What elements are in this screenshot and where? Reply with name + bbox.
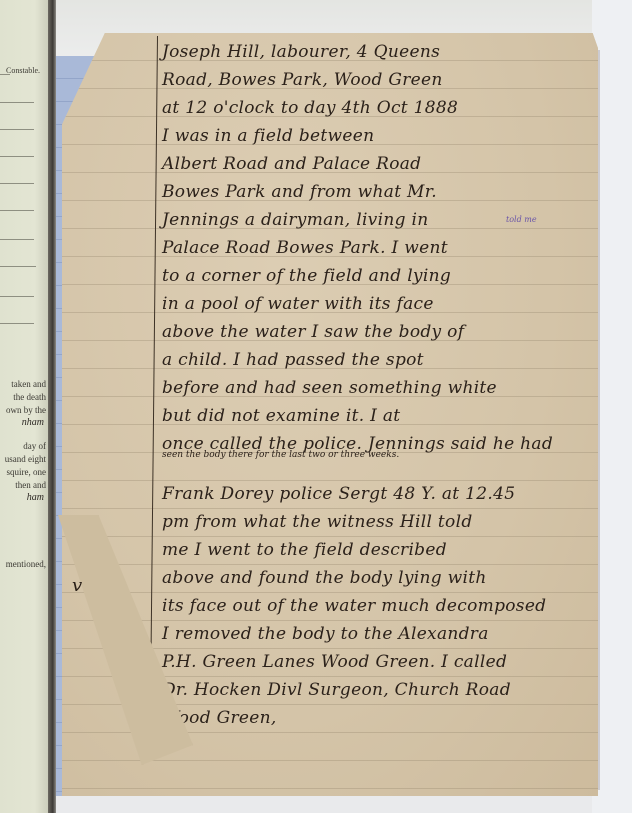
statement-line: I was in a field between xyxy=(162,122,610,150)
printed-text: mentioned, xyxy=(6,558,46,571)
sergeant-line: above and found the body lying with xyxy=(162,564,610,592)
statement-line: above the water I saw the body of xyxy=(162,318,610,346)
sergeant-line: Wood Green, xyxy=(162,704,610,732)
printed-register-page: Constable. taken and the death own by th… xyxy=(0,0,50,813)
statement-line: Albert Road and Palace Road xyxy=(162,150,610,178)
fold-mark: v xyxy=(72,575,82,596)
sergeant-line: Dr. Hocken Divl Surgeon, Church Road xyxy=(162,676,610,704)
rule-line xyxy=(0,323,34,324)
rule-line xyxy=(0,239,34,240)
interlinear-insert: told me xyxy=(506,215,537,224)
handwritten-fill: nham xyxy=(22,417,44,428)
statement-line: a child. I had passed the spot xyxy=(162,346,610,374)
sergeant-line: I removed the body to the Alexandra xyxy=(162,620,610,648)
rule-line xyxy=(0,102,34,103)
statement-line: to a corner of the field and lying xyxy=(162,262,610,290)
sergeant-line: Frank Dorey police Sergt 48 Y. at 12.45 xyxy=(162,480,610,508)
statement-line: Joseph Hill, labourer, 4 Queens xyxy=(162,38,610,66)
statement-line: Bowes Park and from what Mr. xyxy=(162,178,610,206)
sergeant-line: me I went to the field described xyxy=(162,536,610,564)
statement-line: but did not examine it. I at xyxy=(162,402,610,430)
statement-line: Palace Road Bowes Park. I went xyxy=(162,234,610,262)
rule-line xyxy=(0,156,34,157)
constable-label: Constable. xyxy=(6,64,40,77)
printed-text: own by the xyxy=(6,404,46,417)
statement-line: before and had seen something white xyxy=(162,374,610,402)
rule-line xyxy=(0,129,34,130)
statement-line: Road, Bowes Park, Wood Green xyxy=(162,66,610,94)
printed-text: taken and xyxy=(11,378,46,391)
statement-line: Jennings a dairyman, living in xyxy=(162,206,610,234)
witness-statement: Joseph Hill, labourer, 4 Queens Road, Bo… xyxy=(162,38,610,732)
book-gutter xyxy=(48,0,56,813)
sergeant-line: its face out of the water much decompose… xyxy=(162,592,610,620)
printed-text: then and xyxy=(15,479,46,492)
printed-text: usand eight xyxy=(5,453,46,466)
printed-text: squire, one xyxy=(7,466,47,479)
printed-text: the death xyxy=(13,391,46,404)
rule-line xyxy=(0,183,34,184)
rule-line xyxy=(0,210,34,211)
sergeant-line: pm from what the witness Hill told xyxy=(162,508,610,536)
printed-text: day of xyxy=(23,440,46,453)
rule-line xyxy=(0,296,34,297)
statement-line: at 12 o'clock to day 4th Oct 1888 xyxy=(162,94,610,122)
handwritten-fill: ham xyxy=(27,492,44,503)
statement-line: in a pool of water with its face xyxy=(162,290,610,318)
rule-line xyxy=(0,74,10,75)
sergeant-line: P.H. Green Lanes Wood Green. I called xyxy=(162,648,610,676)
rule-line xyxy=(0,266,36,267)
